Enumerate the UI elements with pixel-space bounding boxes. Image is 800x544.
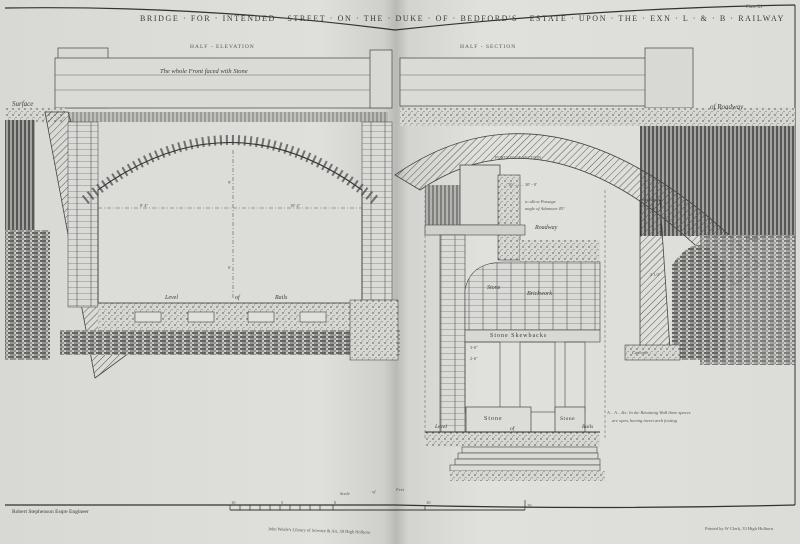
half-elevation-label: HALF - ELEVATION [190, 44, 255, 50]
of-label: of [235, 295, 240, 301]
dimension-a: 3-0" [470, 345, 478, 350]
note-line-1: A .. A .. &c. In the Retaining Wall ther… [607, 410, 691, 415]
roadway-section-label: Roadway [535, 225, 557, 231]
concrete-label: Concrete [632, 350, 648, 355]
scale-feet-label: Feet [396, 487, 404, 492]
engineer-credit: Robert Stephenson Esqre Engineer [12, 509, 89, 515]
puddle-label: Puddle [746, 236, 759, 241]
span-dimension: 8' 4" [140, 203, 148, 208]
surface-label: Surface [12, 100, 33, 108]
brickwork-label: Brickwork [527, 291, 552, 297]
section-of-label: of [510, 426, 514, 432]
plate-number: Plate III [746, 5, 762, 10]
plate-title: BRIDGE · FOR · INTENDED · STREET · ON · … [140, 14, 785, 23]
roadway-label: of Roadway [710, 103, 743, 111]
level-label: Level [165, 295, 178, 301]
scale-tick-10b: 10 [426, 500, 431, 505]
section-level-label: Level [435, 424, 447, 430]
scale-of-label: of [372, 489, 376, 494]
rails-label: Rails [275, 295, 287, 301]
section-rails-label: Rails [582, 424, 593, 430]
section-dimension: 10 ......... 30' - 0' [508, 182, 537, 187]
dimension-b: 2-6" [470, 356, 478, 361]
scale-tick-0: 0 [334, 500, 336, 505]
stone-block-right: Stone [560, 416, 575, 422]
scale-tick-5: 5 [281, 500, 283, 505]
stone-label: Stone [487, 285, 500, 291]
scale-label: Scale [340, 491, 350, 496]
half-section-label: HALF - SECTION [460, 44, 516, 50]
road-note-2: angle of Adamour 45° [525, 206, 565, 211]
rise-dimension-bottom: 6' [228, 265, 231, 270]
bridge-drawing [0, 0, 800, 544]
note-line-2: are open, having invert arch footing [612, 418, 677, 423]
engineering-plate: BRIDGE · FOR · INTENDED · STREET · ON · … [0, 0, 800, 544]
span-dimension-right: 18' 4" [290, 203, 301, 208]
scale-tick-20: 20 [527, 503, 532, 508]
printer-credit: Printed by W Clerk, 33 High Holborn [705, 526, 773, 531]
portion-of-section-label: PORTION OF SECTION [495, 155, 541, 160]
batter-label: 4 1/2" [650, 272, 661, 277]
rise-dimension-top: 9' [228, 180, 231, 185]
scale-tick-10: 10 [231, 500, 236, 505]
stone-block-left: Stone [484, 416, 503, 422]
front-note: The whole Front faced with Stone [160, 68, 248, 75]
stone-skewbacks-label: Stone Skewbacks [490, 333, 547, 339]
road-note-1: to allow Passage [525, 199, 556, 204]
